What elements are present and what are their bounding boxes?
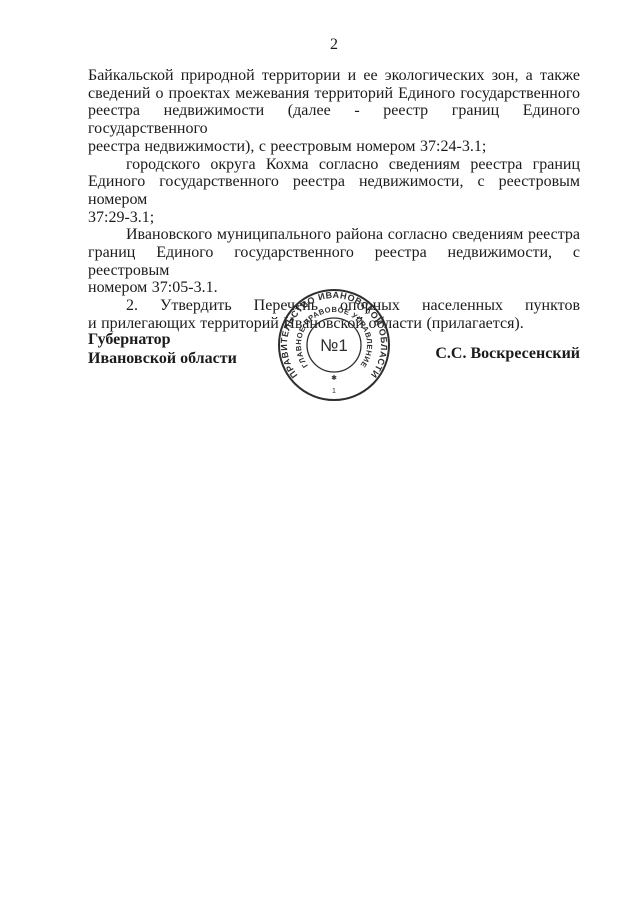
page-number: 2 <box>88 36 580 53</box>
body-line-6: Единого государственного реестра недвижи… <box>88 173 580 208</box>
signatory-title-line2: Ивановской области <box>88 349 237 368</box>
body-line-2: сведений о проектах межевания территорий… <box>88 85 580 103</box>
stamp-center-number: №1 <box>320 336 348 355</box>
stamp-bottom-number: 1 <box>332 388 336 395</box>
body-line-8: Ивановского муниципального района соглас… <box>88 226 580 244</box>
body-line-9: границ Единого государственного реестра … <box>88 244 580 279</box>
body-line-4: реестра недвижимости), с реестровым номе… <box>88 138 580 156</box>
stamp-bottom-star-mark: ✱ <box>331 374 337 382</box>
official-round-stamp: ПРАВИТЕЛЬСТВО ИВАНОВСКОЙ ОБЛАСТИ ГЛАВНОЕ… <box>274 285 394 405</box>
signatory-title: Губернатор Ивановской области <box>88 330 237 368</box>
body-line-5: городского округа Кохма согласно сведени… <box>88 156 580 174</box>
body-line-3: реестра недвижимости (далее - реестр гра… <box>88 102 580 137</box>
body-line-7: 37:29-3.1; <box>88 209 580 227</box>
document-page: 2 Байкальской природной территории и ее … <box>0 0 640 905</box>
body-line-1: Байкальской природной территории и ее эк… <box>88 67 580 85</box>
signatory-name: С.С. Воскресенский <box>435 344 580 368</box>
signatory-title-line1: Губернатор <box>88 330 237 349</box>
